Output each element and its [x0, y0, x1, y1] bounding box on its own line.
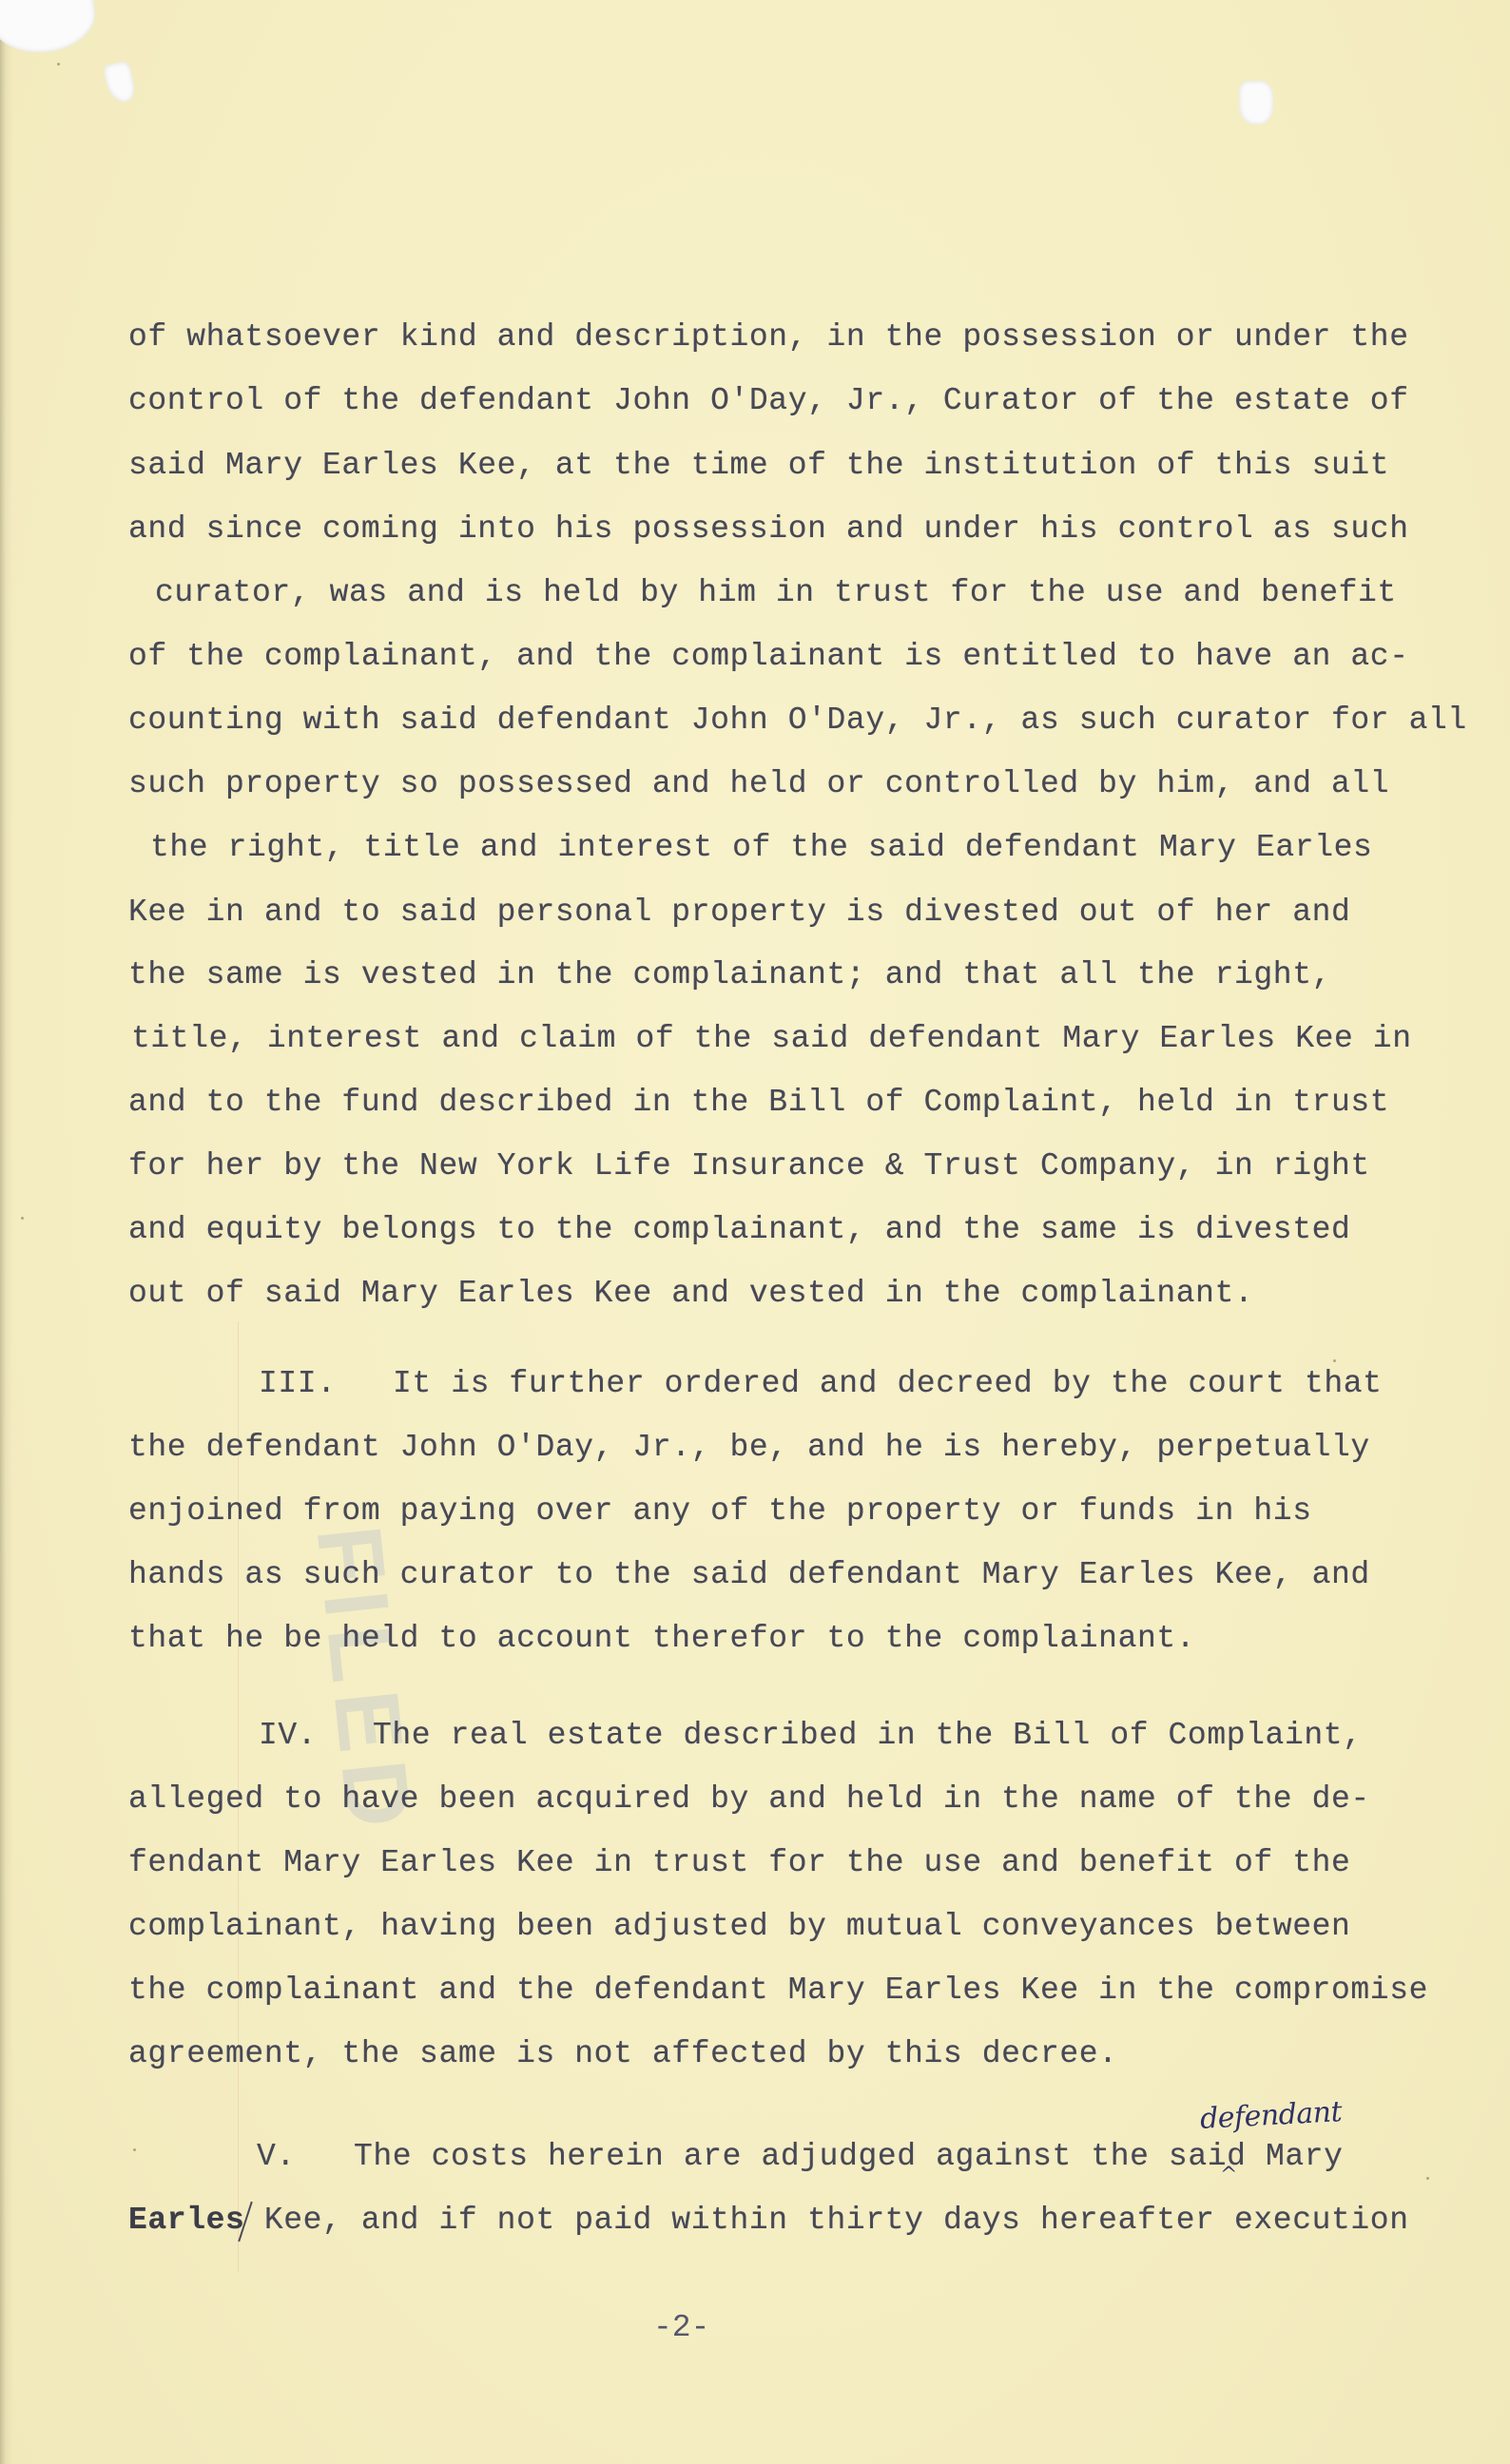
section-numeral-iii: III.: [259, 1365, 337, 1403]
text-line: It is further ordered and decreed by the…: [393, 1365, 1383, 1403]
text-line: Kee in and to said personal property is …: [128, 894, 1350, 932]
text-line-rest: Kee, and if not paid within thirty days …: [244, 2203, 1408, 2238]
text-line: of the complainant, and the complainant …: [128, 638, 1409, 676]
text-line: that he be held to account therefor to t…: [128, 1620, 1195, 1658]
text-line: said Mary Earles Kee, at the time of the…: [128, 447, 1389, 485]
text-line: enjoined from paying over any of the pro…: [128, 1492, 1312, 1530]
section-numeral-iv: IV.: [259, 1717, 317, 1755]
punch-hole-right: [1239, 81, 1273, 125]
text-line: alleged to have been acquired by and hel…: [128, 1781, 1370, 1819]
section-numeral-v: V.: [257, 2138, 296, 2176]
text-line: and equity belongs to the complainant, a…: [128, 1211, 1350, 1249]
paper-speck: [1333, 1359, 1336, 1362]
text-line: and since coming into his possession and…: [128, 510, 1409, 549]
text-line: and to the fund described in the Bill of…: [128, 1084, 1389, 1122]
text-line: for her by the New York Life Insurance &…: [128, 1147, 1370, 1185]
paper-speck: [57, 63, 60, 66]
text-line: of whatsoever kind and description, in t…: [128, 318, 1409, 356]
text-line: the defendant John O'Day, Jr., be, and h…: [128, 1429, 1370, 1467]
text-line: The costs herein are adjudged against th…: [354, 2138, 1344, 2176]
text-line: The real estate described in the Bill of…: [373, 1717, 1363, 1755]
text-line: the same is vested in the complainant; a…: [128, 956, 1331, 994]
text-line: such property so possessed and held or c…: [128, 765, 1389, 803]
text-line: fendant Mary Earles Kee in trust for the…: [128, 1844, 1350, 1882]
text-line: agreement, the same is not affected by t…: [128, 2035, 1118, 2073]
text-line: the complainant and the defendant Mary E…: [128, 1972, 1428, 2010]
page-number: -2-: [653, 2310, 709, 2345]
text-line: hands as such curator to the said defend…: [128, 1556, 1370, 1594]
text-line: counting with said defendant John O'Day,…: [128, 702, 1467, 740]
text-line: Earles Kee, and if not paid within thirt…: [128, 2202, 1409, 2240]
paper-speck: [1426, 2177, 1429, 2180]
paper-speck: [133, 2148, 136, 2151]
paper-speck: [21, 1217, 24, 1220]
text-line: out of said Mary Earles Kee and vested i…: [128, 1275, 1253, 1313]
text-line: control of the defendant John O'Day, Jr.…: [128, 382, 1409, 420]
text-line: complainant, having been adjusted by mut…: [128, 1908, 1350, 1946]
text-line: the right, title and interest of the sai…: [150, 829, 1372, 867]
insertion-caret: ^: [1220, 2164, 1238, 2187]
struck-word: Earles: [128, 2203, 244, 2238]
text-line: curator, was and is held by him in trust…: [155, 574, 1397, 612]
text-line: title, interest and claim of the said de…: [131, 1020, 1412, 1058]
struck-word-text: Earles: [128, 2203, 244, 2238]
